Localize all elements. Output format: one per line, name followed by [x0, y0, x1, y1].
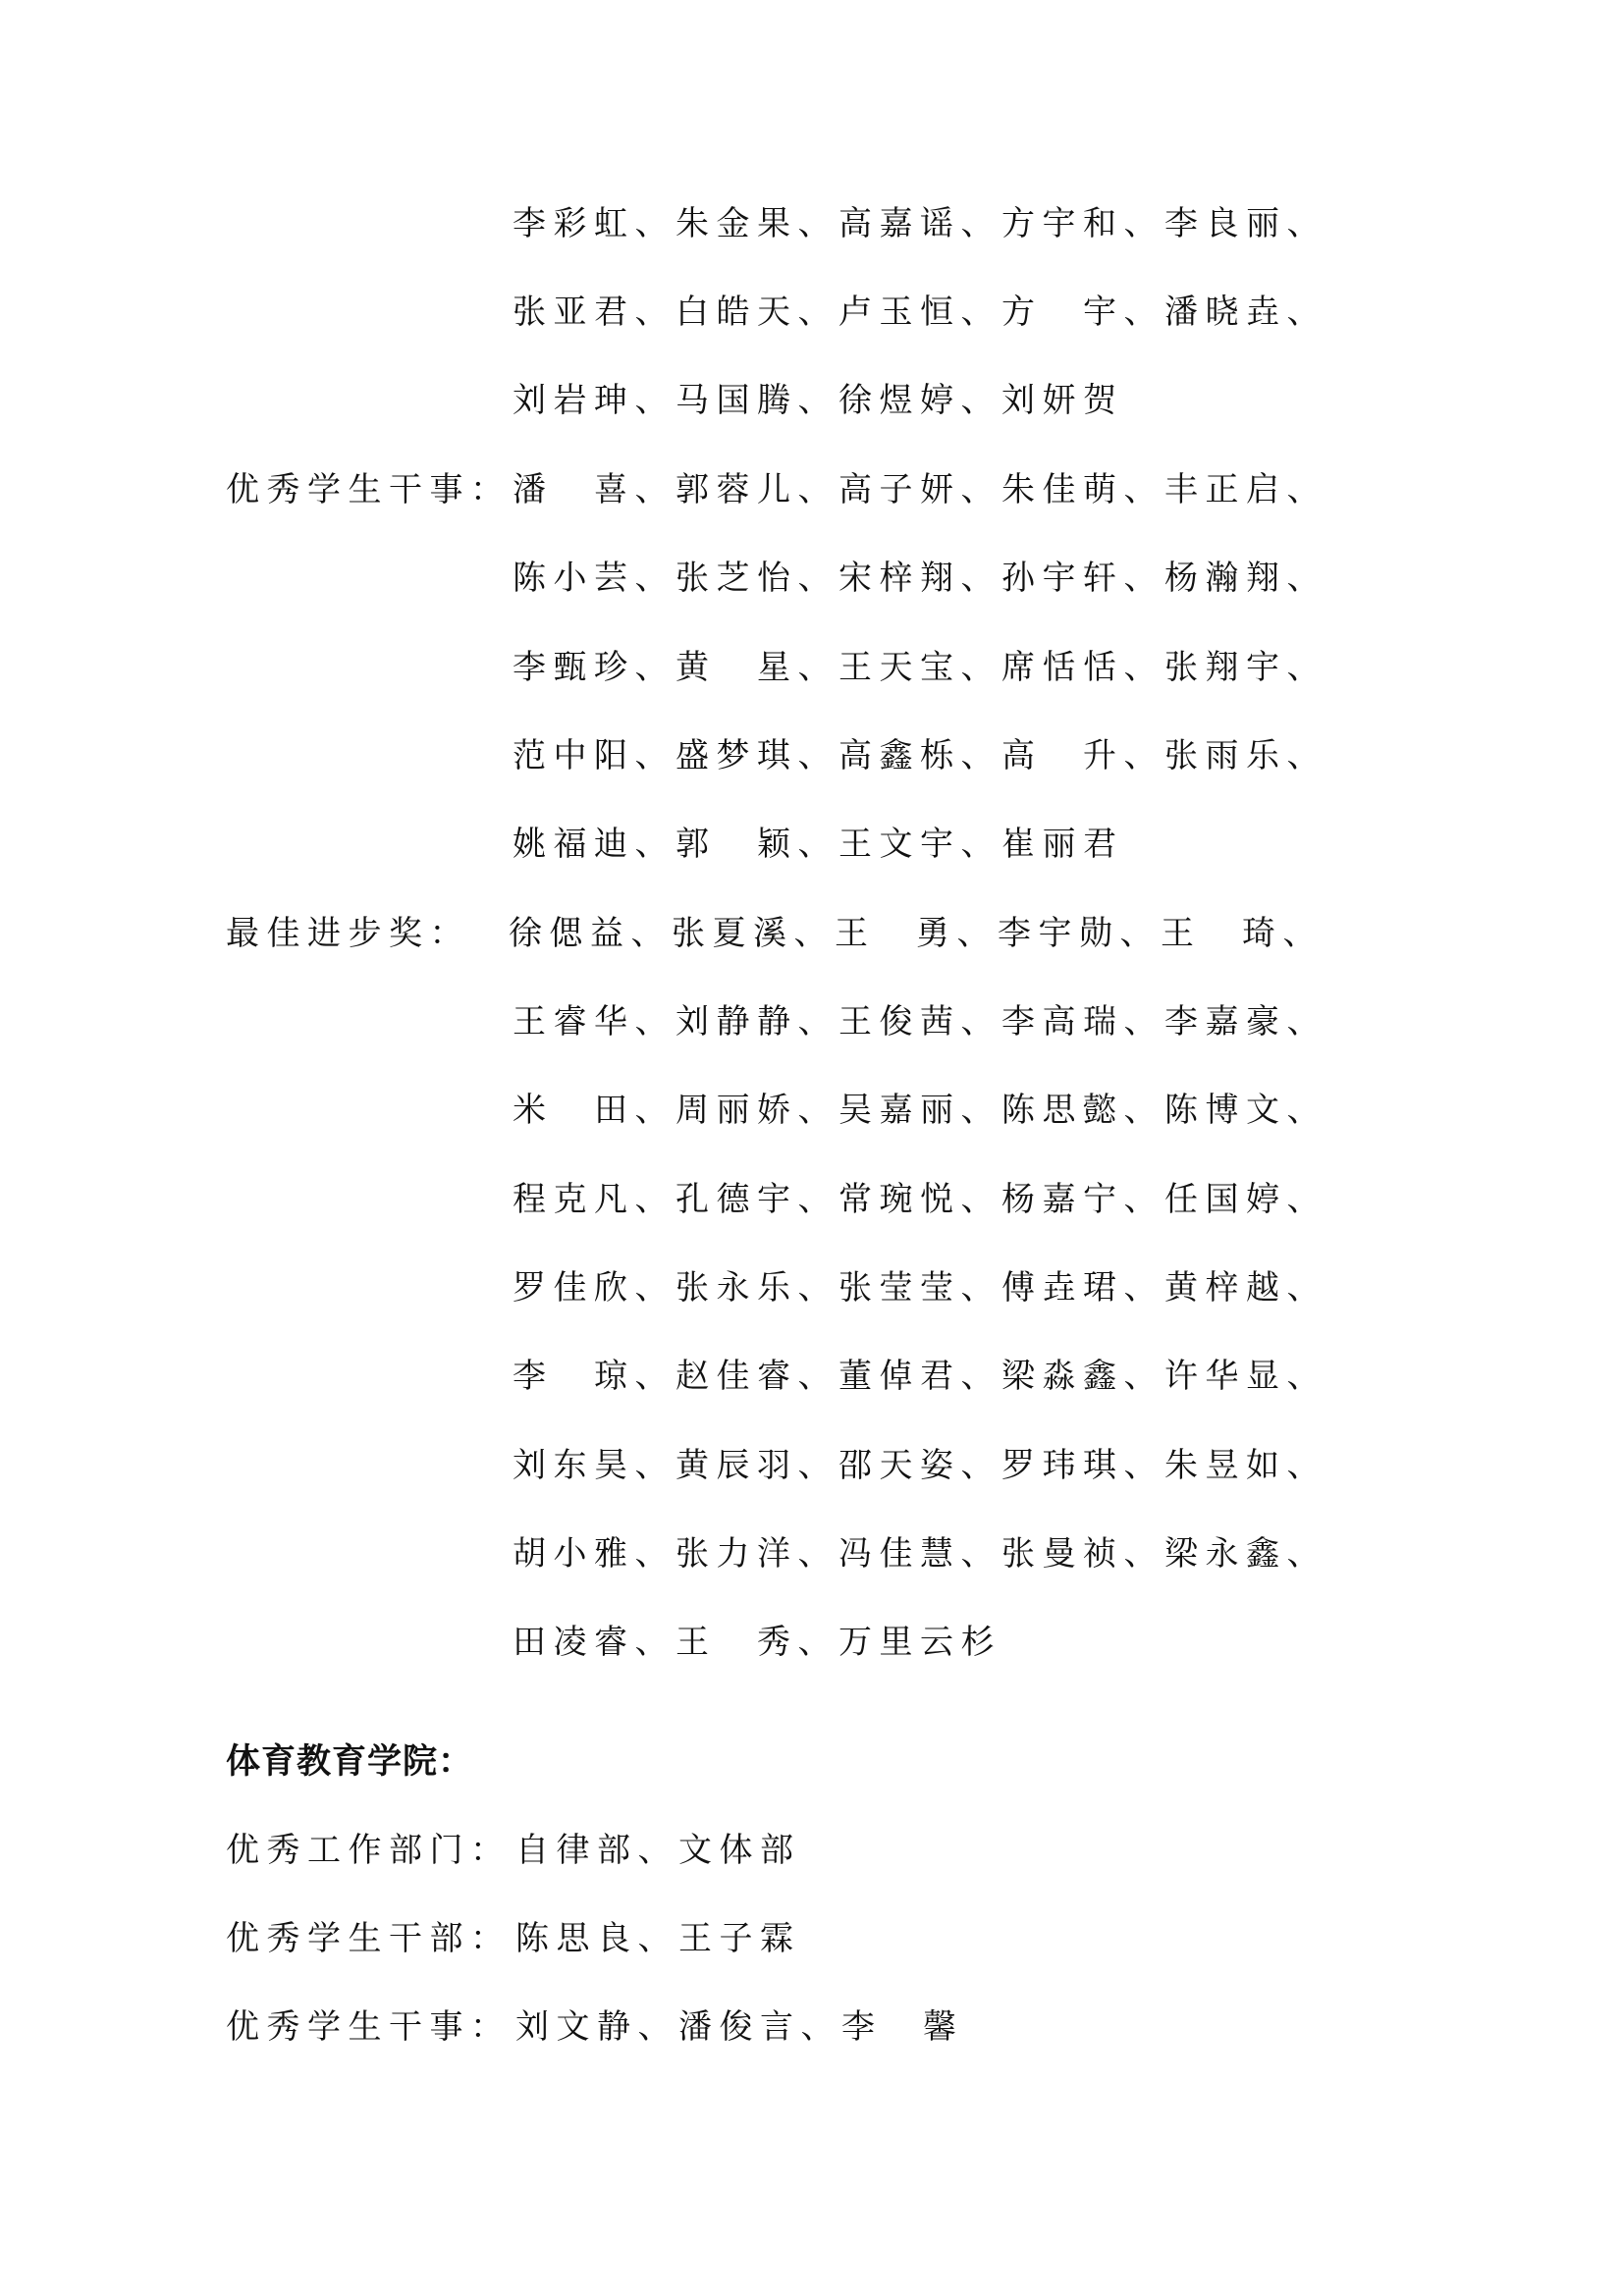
- award-label: 最佳进步奖：: [226, 904, 470, 963]
- names-text: 米 田、周丽娇、吴嘉丽、陈思懿、陈博文、: [513, 1081, 1327, 1140]
- names-text: 陈思良、王子霖: [515, 1909, 801, 1968]
- names-text: 潘 喜、郭蓉儿、高子妍、朱佳萌、丰正启、: [513, 460, 1327, 519]
- names-text: 李 琼、赵佳睿、董倬君、梁淼鑫、许华显、: [513, 1347, 1327, 1406]
- names-text: 田凌睿、王 秀、万里云杉: [513, 1613, 1001, 1672]
- names-text: 范中阳、盛梦琪、高鑫栎、高 升、张雨乐、: [513, 726, 1327, 785]
- names-text: 刘东昊、黄辰羽、邵天姿、罗玮琪、朱昱如、: [513, 1436, 1327, 1495]
- names-text: 张亚君、白皓天、卢玉恒、方 宇、潘晓垚、: [513, 283, 1327, 342]
- names-text: 姚福迪、郭 颖、王文宇、崔丽君: [513, 815, 1124, 874]
- names-text: 刘文静、潘俊言、李 馨: [515, 1998, 964, 2056]
- award-label: 优秀学生干部：: [226, 1909, 512, 1968]
- award-label: 优秀学生干事：: [226, 460, 512, 519]
- document-page: 李彩虹、朱金果、高嘉谣、方宇和、李良丽、 张亚君、白皓天、卢玉恒、方 宇、潘晓垚…: [0, 0, 1622, 2296]
- names-text: 李甄珍、黄 星、王天宝、席恬恬、张翔宇、: [513, 638, 1327, 697]
- names-text: 徐偲益、张夏溪、王 勇、李宇勋、王 琦、: [509, 904, 1324, 963]
- award-label: 优秀学生干事：: [226, 1998, 512, 2056]
- names-text: 陈小芸、张芝怡、宋梓翔、孙宇轩、杨瀚翔、: [513, 549, 1327, 608]
- names-text: 王睿华、刘静静、王俊茜、李高瑞、李嘉豪、: [513, 992, 1327, 1051]
- names-text: 胡小雅、张力洋、冯佳慧、张曼祯、梁永鑫、: [513, 1524, 1327, 1583]
- names-text: 刘岩珅、马国腾、徐煜婷、刘妍贺: [513, 371, 1124, 430]
- award-label: 优秀工作部门：: [226, 1821, 512, 1880]
- section-title-college: 体育教育学院：: [226, 1733, 473, 1791]
- names-text: 罗佳欣、张永乐、张莹莹、傅垚珺、黄梓越、: [513, 1258, 1327, 1317]
- names-text: 自律部、文体部: [515, 1821, 801, 1880]
- names-text: 李彩虹、朱金果、高嘉谣、方宇和、李良丽、: [513, 194, 1327, 253]
- names-text: 程克凡、孔德宇、常琬悦、杨嘉宁、任国婷、: [513, 1170, 1327, 1229]
